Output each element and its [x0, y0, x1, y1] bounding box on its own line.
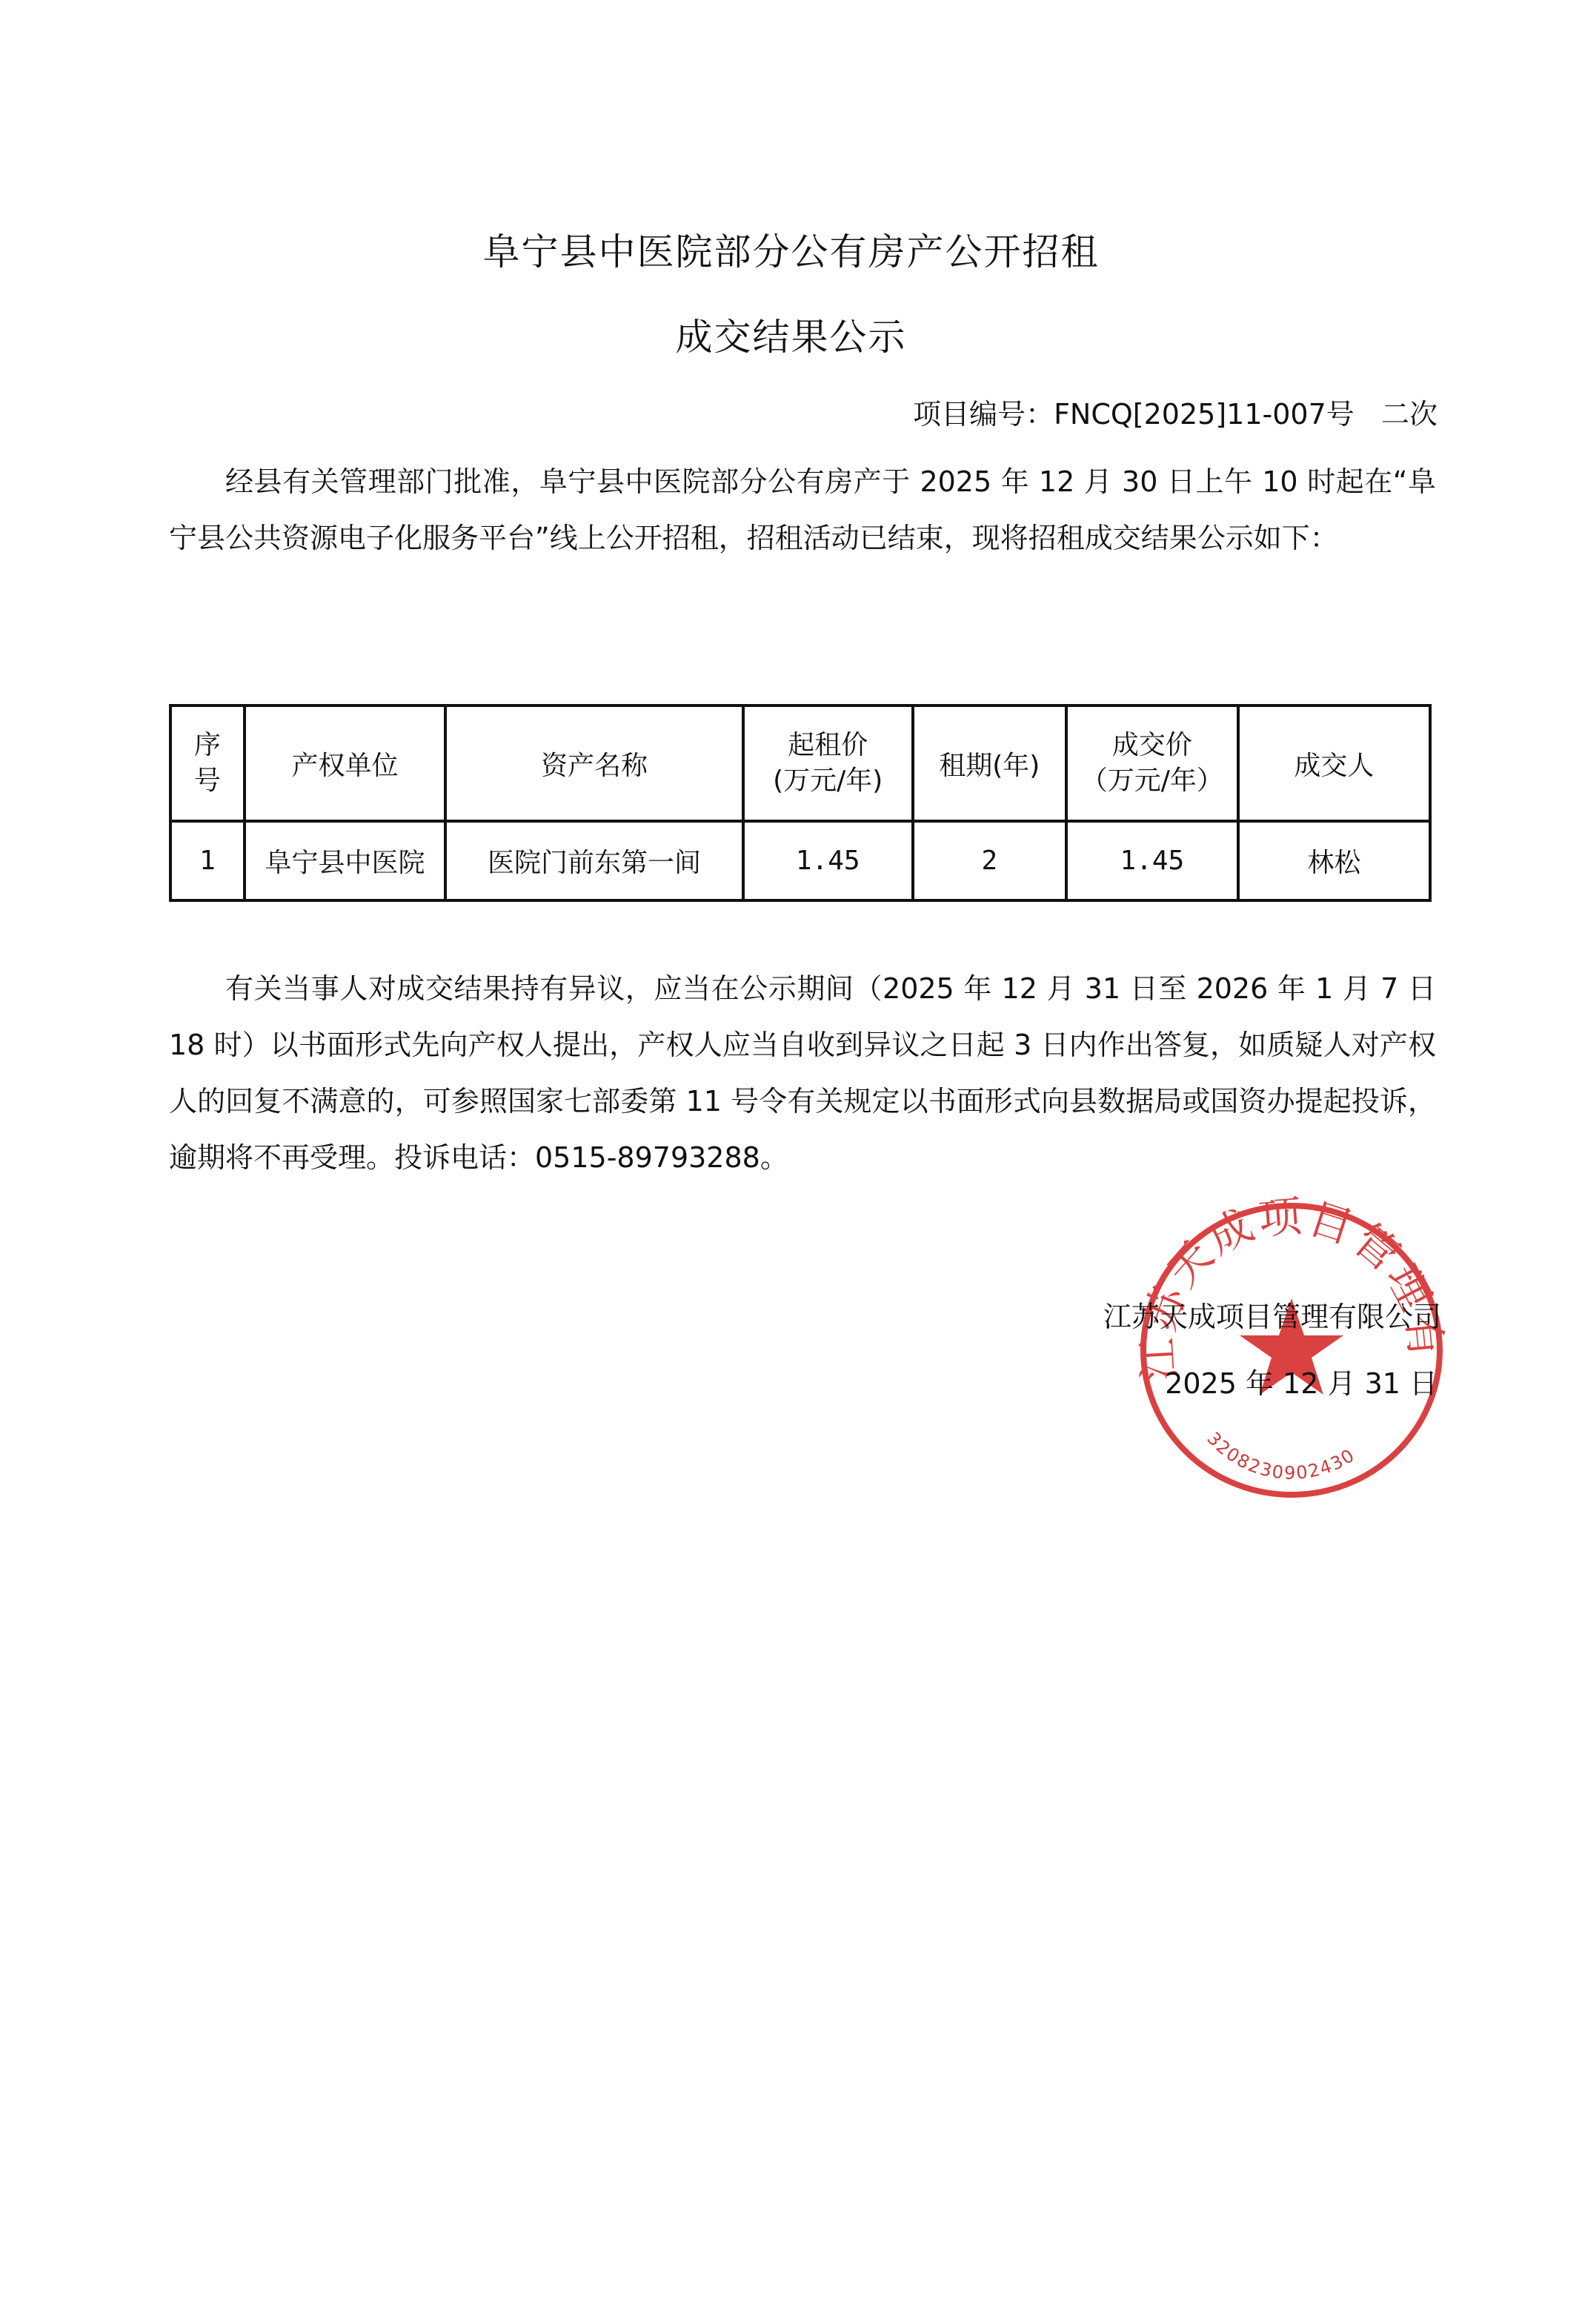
cell-term: 2	[913, 821, 1067, 900]
document-subtitle: 成交结果公示	[0, 308, 1582, 361]
intro-paragraph: 经县有关管理部门批准，阜宁县中医院部分公有房产于 2025 年 12 月 30 …	[169, 454, 1436, 566]
document-title: 阜宁县中医院部分公有房产公开招租	[0, 222, 1582, 276]
signature-company: 江苏天成项目管理有限公司	[1103, 1294, 1441, 1335]
cell-asset: 医院门前东第一间	[445, 821, 743, 900]
header-asset: 资产名称	[445, 705, 743, 821]
cell-final-price: 1.45	[1066, 821, 1238, 900]
table-row: 1 阜宁县中医院 医院门前东第一间 1.45 2 1.45 林松	[170, 821, 1430, 900]
cell-starting-price: 1.45	[743, 821, 913, 900]
svg-text:江苏天成项目管理有限公司: 江苏天成项目管理有限公司	[1132, 1195, 1451, 1382]
seal-text: 江苏天成项目管理有限公司	[1132, 1195, 1451, 1382]
objection-paragraph: 有关当事人对成交结果持有异议，应当在公示期间（2025 年 12 月 31 日至…	[169, 960, 1436, 1186]
svg-text:3208230902430: 3208230902430	[1203, 1428, 1359, 1484]
company-seal-icon: 江苏天成项目管理有限公司 3208230902430	[1132, 1195, 1451, 1506]
header-winner: 成交人	[1238, 705, 1430, 821]
cell-owner: 阜宁县中医院	[245, 821, 445, 900]
header-final-price: 成交价 （万元/年）	[1066, 705, 1238, 821]
signature-date: 2025 年 12 月 31 日	[1165, 1361, 1438, 1401]
table-header-row: 序 号 产权单位 资产名称 起租价 (万元/年) 租期(年) 成交价 （万元/年…	[170, 705, 1430, 821]
header-index: 序 号	[170, 705, 245, 821]
seal-code: 3208230902430	[1203, 1428, 1359, 1484]
header-owner: 产权单位	[245, 705, 445, 821]
project-number: 项目编号：FNCQ[2025]11-007号 二次	[913, 391, 1438, 432]
header-starting-price: 起租价 (万元/年)	[743, 705, 913, 821]
header-term: 租期(年)	[913, 705, 1067, 821]
cell-winner: 林松	[1238, 821, 1430, 900]
cell-index: 1	[170, 821, 245, 900]
result-table: 序 号 产权单位 资产名称 起租价 (万元/年) 租期(年) 成交价 （万元/年…	[169, 704, 1432, 902]
